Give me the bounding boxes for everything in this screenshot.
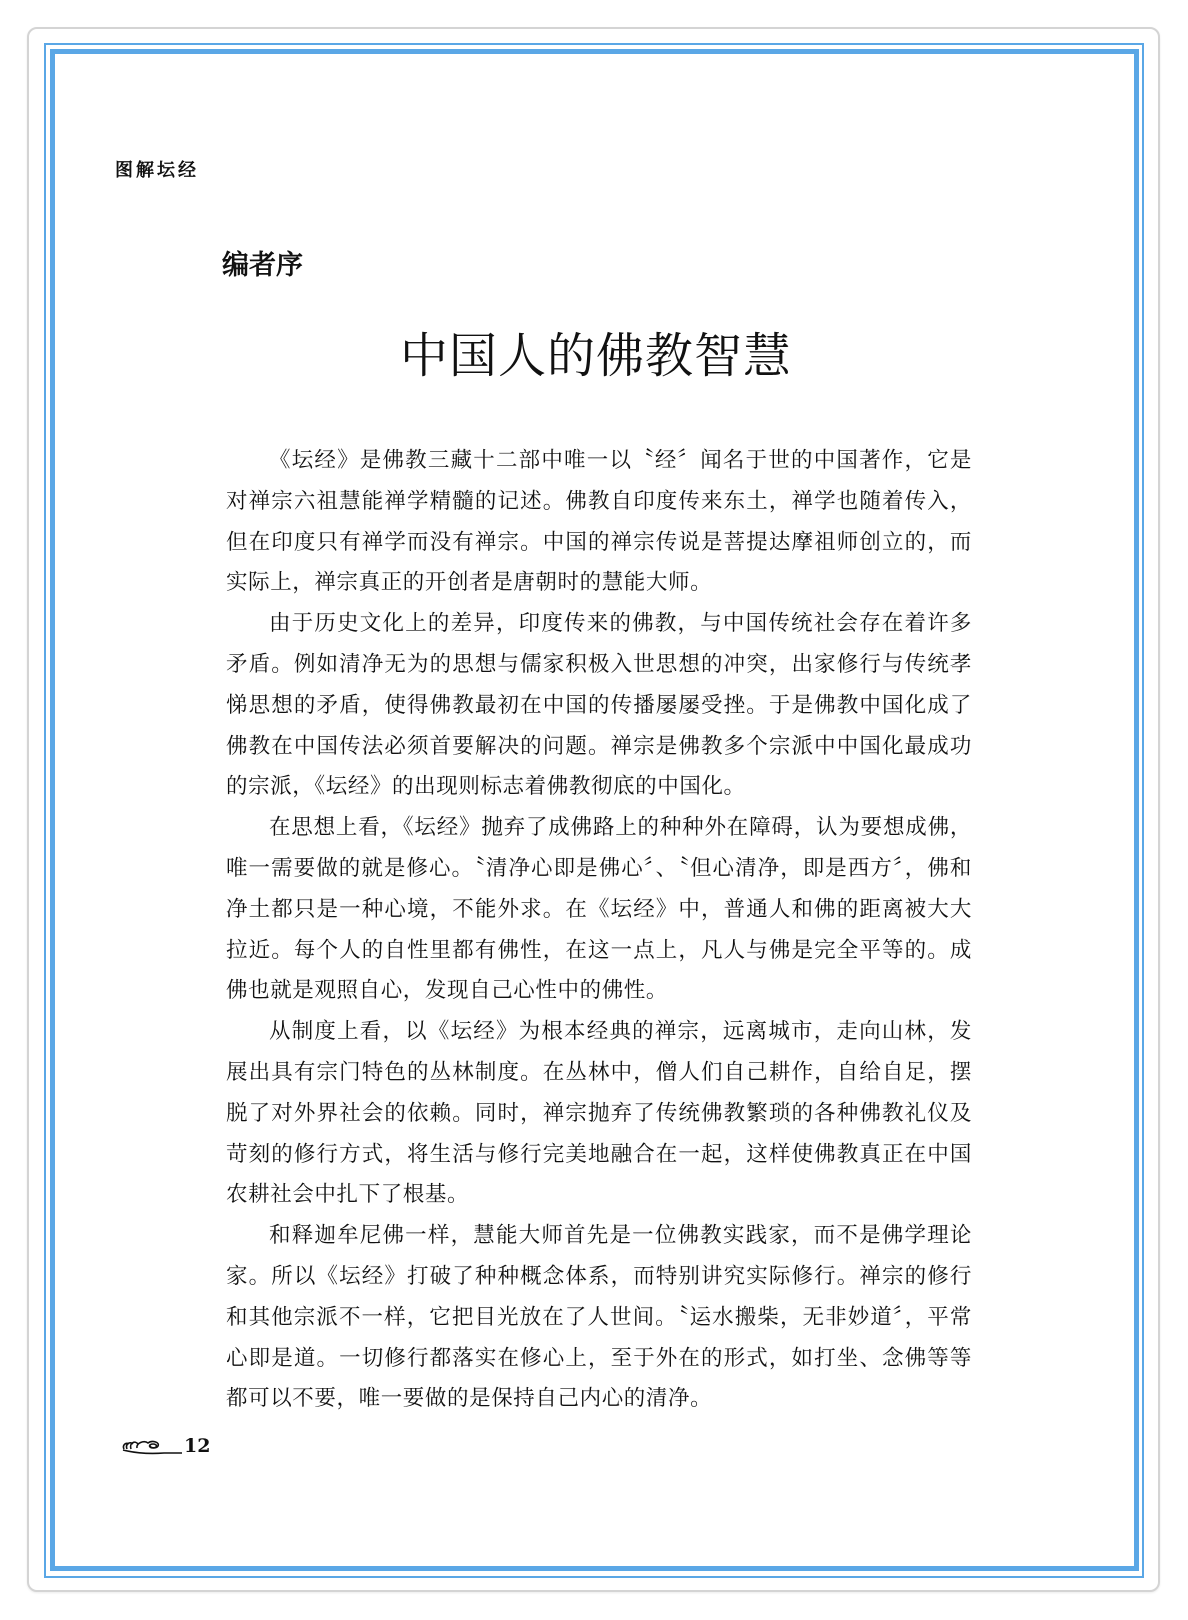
cloud-scroll-icon	[120, 1434, 182, 1456]
page-number-footer: 12	[120, 1430, 210, 1456]
page-number: 12	[184, 1436, 210, 1456]
page-title: 中国人的佛教智慧	[400, 328, 800, 384]
paragraph: 从制度上看，以《坛经》为根本经典的禅宗，远离城市，走向山林，发展出具有宗门特色的…	[226, 1012, 972, 1216]
paragraph: 在思想上看，《坛经》抛弃了成佛路上的种种外在障碍，认为要想成佛，唯一需要做的就是…	[226, 808, 972, 1012]
running-head: 图解坛经	[115, 160, 199, 182]
section-label: 编者序	[222, 250, 303, 282]
paragraph: 由于历史文化上的差异，印度传来的佛教，与中国传统社会存在着许多矛盾。例如清净无为…	[226, 604, 972, 808]
paragraph: 和释迦牟尼佛一样，慧能大师首先是一位佛教实践家，而不是佛学理论家。所以《坛经》打…	[226, 1216, 972, 1420]
paragraph: 《坛经》是佛教三藏十二部中唯一以〝经〞闻名于世的中国著作，它是对禅宗六祖慧能禅学…	[226, 441, 972, 604]
body-text: 《坛经》是佛教三藏十二部中唯一以〝经〞闻名于世的中国著作，它是对禅宗六祖慧能禅学…	[226, 441, 972, 1420]
